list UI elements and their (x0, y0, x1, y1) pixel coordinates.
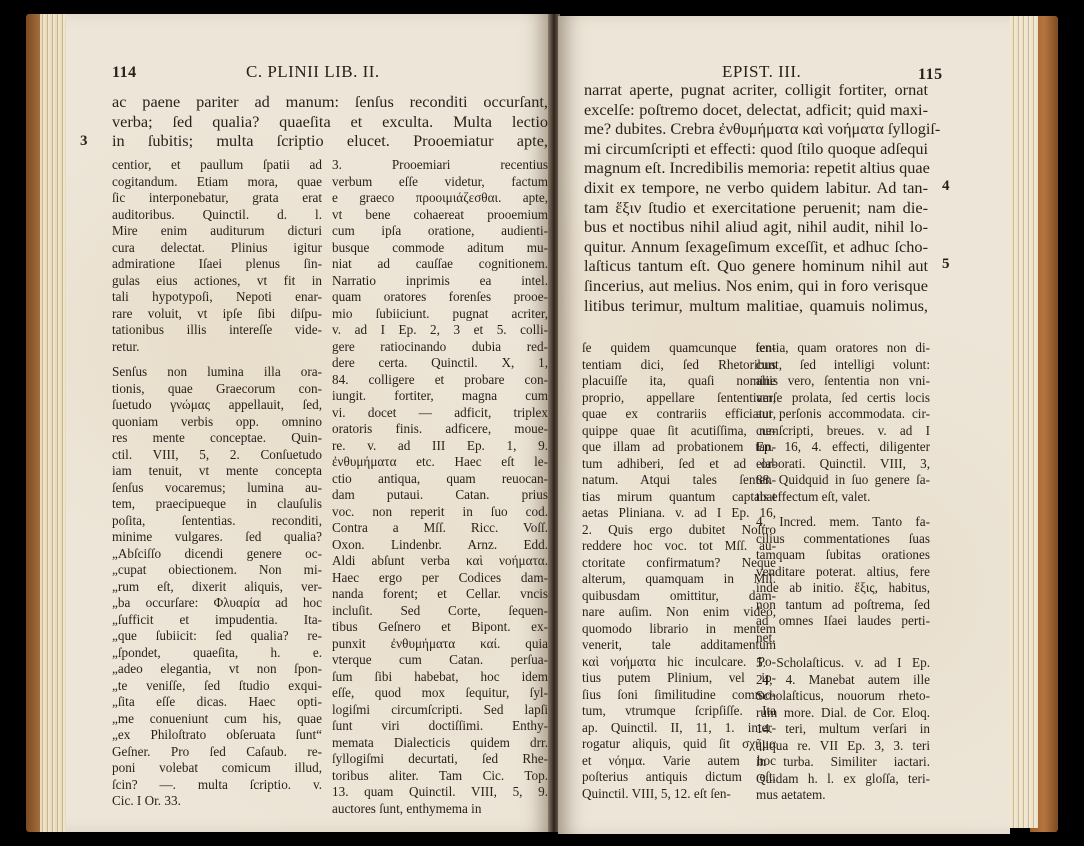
note-line: 14. teri, multum verſari in (756, 721, 930, 738)
note-line: iam tenuit, vt mente concepta (112, 463, 322, 480)
note-line: iungit. fortiter, magna cum (332, 388, 548, 405)
text-line: litibus terimur, multum malitiae, quamui… (584, 296, 928, 316)
note-line: ſic interponebatur, grata erat (112, 190, 322, 207)
note-line: voc. non reperit in ſuo cod. (332, 504, 548, 521)
left-main-text: ac paene pariter ad manum: ſenſus recond… (112, 92, 548, 151)
note-line: in turba. Similiter iactari. (756, 754, 930, 771)
note-line: „ſpondet, quaeſita, h. e. (112, 645, 322, 662)
note-line: Contra a Mſſ. Ricc. Voſſ. (332, 520, 548, 537)
note-line: tationibus illis intereſſe vide- (112, 322, 322, 339)
note-line: „ba occurſare: Φλυαρία ad hoc (112, 595, 322, 612)
note-line: 84. colligere et probare con- (332, 372, 548, 389)
note-line: rare voluit, vt ipſe ſibi diſpu- (112, 306, 322, 323)
note-line: oratoris finis. adficere, moue- (332, 421, 548, 438)
note-line: placuiſſe ita, quaſi nomine (582, 373, 776, 390)
note-line: dam putaui. Catan. prius (332, 487, 548, 504)
note-line: „Abſciſſo dicendi genere oc- (112, 546, 322, 563)
note-line: cilius commentationes ſuas (756, 531, 930, 548)
left-page: 114 C. PLINII LIB. II. 3 ac paene parite… (66, 14, 550, 832)
note-line: quomodo librario in mentem (582, 621, 776, 638)
note-line: Oxon. Lindenbr. Arnz. Edd. (332, 537, 548, 554)
note-line: Senſus non lumina illa ora- (112, 364, 322, 381)
note-line: elaborati. Quinctil. VIII, 3, (756, 456, 930, 473)
note-line: Ep. 16, 4. effecti, diligenter (756, 439, 930, 456)
note-line: mus aetatem. (756, 787, 930, 804)
right-notes-column-1: ſe quidem quamcunque ſen-tentiam dici, ſ… (582, 340, 776, 802)
note-line: aliqua re. VII Ep. 3, 3. teri (756, 738, 930, 755)
note-line: „rum eſt, dixerit aliquis, ver- (112, 579, 322, 596)
note-line: res mente conceptae. Quin- (112, 430, 322, 447)
note-line: nanda forent; et Cellar. vncis (332, 586, 548, 603)
note-line: ſyllogiſmi decurtati, ſed Rhe- (332, 751, 548, 768)
note-line: Quinctil. VIII, 5, 12. eſt ſen- (582, 786, 776, 803)
note-line: 5. Scholaſticus. v. ad I Ep. (756, 655, 930, 672)
text-line: mi circumſcripti et effecti: quod ſtilo … (584, 139, 928, 159)
note-line: venerit, tale additamentum (582, 637, 776, 654)
note-line: minime vulgares. ſed qualia? (112, 529, 322, 546)
note-line: Quidam h. l. ex gloſſa, teri- (756, 771, 930, 788)
note-line: „adeo elegantia, vt non ſpon- (112, 661, 322, 678)
right-notes-column-2: tentia, quam oratores non di-cunt, ſed i… (756, 340, 930, 804)
note-line: tentia, quam oratores non di- (756, 340, 930, 357)
note-line: „cupat obiectionem. Non mi- (112, 562, 322, 579)
note-line: tum adhiberi, ſed et ad or- (582, 456, 776, 473)
note-line: ad omnes Iſaei laudes perti- (756, 613, 930, 630)
note-line: poſita, ſententias. reconditi, (112, 513, 322, 530)
note-line: venditare poterat. altius, fere (756, 564, 930, 581)
note-line: „ſufficit et impudentia. Ita- (112, 612, 322, 629)
note-line: inde ab initio. ἕξις, habitus, (756, 580, 930, 597)
note-line: „que ſubiicit: ſed qualia? re- (112, 628, 322, 645)
note-line: re. v. ad III Ep. 1, 9. (332, 438, 548, 455)
left-running-head: C. PLINII LIB. II. (246, 62, 380, 82)
note-line: tali hypotypoſi, Nepoti enar- (112, 289, 322, 306)
note-line: proprio, appellare ſententiam, (582, 390, 776, 407)
text-line: tam ἕξιν ſtudio et exercitatione perueni… (584, 198, 928, 218)
note-line: tis effectum eſt, valet. (756, 489, 930, 506)
note-line: tentiam dici, ſed Rhetoribus (582, 357, 776, 374)
note-line: ſum ſibi habebat, hoc idem (332, 669, 548, 686)
text-line: excelſe: poſtremo docet, delectat, adfic… (584, 100, 928, 120)
text-line: magnum eſt. Incredibilis memoria: repeti… (584, 158, 928, 178)
note-line: quae ex contrariis efficiatur, (582, 406, 776, 423)
note-line: busque commode aditum mu- (332, 240, 548, 257)
note-line: quam oratores forenſes prooe- (332, 289, 548, 306)
note-line: admiratione Iſaei plenus ſin- (112, 256, 322, 273)
note-line: poni volebat comicum illud, (112, 760, 322, 777)
note-line: poſterius antiquis dictum eſt. (582, 769, 776, 786)
note-line: auctores ſunt, enthymema in (332, 801, 548, 818)
note-line: cunt, ſed intelligi volunt: (756, 357, 930, 374)
note-line: aut perſonis accommodata. cir- (756, 406, 930, 423)
note-line: gere ratiocinando dubia red- (332, 339, 548, 356)
note-line: 13. quam Quinctil. VIII, 5, 9. (332, 784, 548, 801)
note-line: ſuetudo γνώμας appellauit, ſed, (112, 397, 322, 414)
note-line: e graeco προοιμιάζεσθαι. apte, (332, 190, 548, 207)
note-line: aetas Pliniana. v. ad I Ep. 16, (582, 505, 776, 522)
text-line: quitur. Annum ſexageſimum exceſſit, et a… (584, 237, 928, 257)
text-line: bus et noctibus nihil aliud agit, nihil … (584, 217, 928, 237)
note-line: nare auſim. Non enim video, (582, 604, 776, 621)
note-line: „me conueniunt cum his, quae (112, 711, 322, 728)
note-line: quibusdam omittitur, dam- (582, 588, 776, 605)
note-line: mio ſubiiciunt. pugnat acriter, (332, 306, 548, 323)
note-line: verbum eſſe videtur, factum (332, 174, 548, 191)
text-line: me? dubites. Crebra ἐνθυμήματα καὶ νοήμα… (584, 119, 928, 139)
text-line: dixit ex tempore, ne verbo quidem labitu… (584, 178, 928, 198)
note-line: alterum, quamquam in Mſſ. (582, 571, 776, 588)
note-line: memata Dialecticis quidem drr. (332, 735, 548, 752)
note-line: rogatur aliquis, quid ſit σχῆμα (582, 736, 776, 753)
note-line: et νόημα. Varie autem hoc (582, 753, 776, 770)
note-line: tum, vtrumque ſcripſiſſe. Ita (582, 703, 776, 720)
note-line: eſſe, quod mox ſequitur, ſyl- (332, 685, 548, 702)
note-line: retur. (112, 339, 322, 356)
right-page: EPIST. III. 115 4 5 narrat aperte, pugna… (558, 16, 1010, 834)
paragraph-gap (112, 355, 322, 364)
text-line: ſincerius, aut melius. Nos enim, qui in … (584, 276, 928, 296)
note-line: ctoritate confirmatum? Neque (582, 555, 776, 572)
note-line: tibus Geſnero et Bipont. ex- (332, 619, 548, 636)
note-line: καὶ νοήματα hic inculcare. Po- (582, 654, 776, 671)
page-edges-right (1006, 16, 1038, 828)
note-line: vi. docet — adficit, triplex (332, 405, 548, 422)
note-line: toribus aliter. Tam Cic. Top. (332, 768, 548, 785)
note-line: 3. Prooemiari recentius (332, 157, 548, 174)
note-line: ctio antiqua, quam reuocan- (332, 471, 548, 488)
note-line: Geſner. Pro ſed Caſaub. re- (112, 744, 322, 761)
note-line: Mire enim auditurum dicturi (112, 223, 322, 240)
note-line: cogitandum. Etiam mora, quae (112, 174, 322, 191)
left-notes-column-2: 3. Prooemiari recentiusverbum eſſe videt… (332, 157, 548, 817)
note-line: gulas eius actiones, vt fit in (112, 273, 322, 290)
note-line: cum ipſa oratione, audienti- (332, 223, 548, 240)
note-line: punxit ἐνθυμήματα καί. quia (332, 636, 548, 653)
right-margin-number-4: 4 (942, 178, 950, 195)
note-line: Narratio inprimis ea intel. (332, 273, 548, 290)
note-line: ſe quidem quamcunque ſen- (582, 340, 776, 357)
note-line: rum more. Dial. de Cor. Eloq. (756, 705, 930, 722)
right-margin-number-5: 5 (942, 256, 950, 273)
note-line: Scholaſticus, nouorum rheto- (756, 688, 930, 705)
note-line: Cic. I Or. 33. (112, 793, 322, 810)
right-main-text: narrat aperte, pugnat acriter, colligit … (584, 80, 928, 315)
note-line: ſenſus vocaremus; lumina au- (112, 480, 322, 497)
note-line: ſunt viri doctiſſimi. Enthy- (332, 718, 548, 735)
note-line: que illam ad probationem tan- (582, 439, 776, 456)
text-line: laſticus tantum eſt. Quo genere hominum … (584, 256, 928, 276)
note-line: 4. Incred. mem. Tanto fa- (756, 514, 930, 531)
right-running-head: EPIST. III. (722, 62, 801, 82)
note-line: cumſcripti, breues. v. ad I (756, 423, 930, 440)
note-line: Aldi abſunt verba καὶ νοήματα. (332, 553, 548, 570)
note-line: centior, et paullum ſpatii ad (112, 157, 322, 174)
left-notes-column-1: centior, et paullum ſpatii adcogitandum.… (112, 157, 322, 810)
note-line: „ſita eſſe dicas. Haec opti- (112, 694, 322, 711)
note-line: natum. Atqui tales ſenten- (582, 472, 776, 489)
note-line: verſe prolata, ſed certis locis (756, 390, 930, 407)
note-line: niat ad cauſſae cognitionem. (332, 256, 548, 273)
note-line: ap. Quinctil. II, 11, 1. inter- (582, 720, 776, 737)
note-line: Haec ergo per Codices dam- (332, 570, 548, 587)
note-line: 24, 4. Manebat autem ille (756, 672, 930, 689)
note-line: net. (756, 630, 930, 647)
note-line: tius putem Plinium, vel ip- (582, 670, 776, 687)
note-line: quoniam verbis opp. omnino (112, 414, 322, 431)
note-line: incluſit. Sed Corte, ſequen- (332, 603, 548, 620)
note-line: vt bene cohaereat prooemium (332, 207, 548, 224)
note-line: ſcin? —. multa ſcriptio. v. (112, 777, 322, 794)
paragraph-gap (756, 646, 930, 655)
note-line: reddere hoc voc. tot Mſſ. au- (582, 538, 776, 555)
text-line: narrat aperte, pugnat acriter, colligit … (584, 80, 928, 100)
left-margin-number: 3 (80, 133, 88, 150)
note-line: logiſmi circumſcripti. Sed lapſi (332, 702, 548, 719)
note-line: tionis, quae Graecorum con- (112, 381, 322, 398)
note-line: ἐνθυμήματα etc. Haec eſt le- (332, 454, 548, 471)
note-line: auditoribus. Quinctil. d. l. (112, 207, 322, 224)
note-line: 2. Quis ergo dubitet Noſtro (582, 522, 776, 539)
note-line: cura delectat. Plinius igitur (112, 240, 322, 257)
note-line: v. ad I Ep. 2, 3 et 5. colli- (332, 322, 548, 339)
left-folio: 114 (112, 62, 137, 82)
note-line: 88. Quidquid in ſuo genere ſa- (756, 472, 930, 489)
note-line: ctil. VIII, 5, 2. Conſuetudo (112, 447, 322, 464)
note-line: aliis vero, ſententia non vni- (756, 373, 930, 390)
note-line: non tantum ad poſtrema, ſed (756, 597, 930, 614)
paragraph-gap (756, 505, 930, 514)
note-line: „ex Philoſtrato obſeruata ſunt“ (112, 727, 322, 744)
note-line: quippe quae ſit acutiſſima, ne- (582, 423, 776, 440)
note-line: „te veniſſe, ſed ſtudio exqui- (112, 678, 322, 695)
note-line: vterque cum Catan. perſua- (332, 652, 548, 669)
note-line: dere certa. Quinctil. X, 1, (332, 355, 548, 372)
note-line: tias mirum quantum captabat (582, 489, 776, 506)
note-line: ſius ſoni ſimilitudine commo- (582, 687, 776, 704)
note-line: tem, praecipueque in clauſulis (112, 496, 322, 513)
note-line: tamquam ſubitas orationes (756, 547, 930, 564)
